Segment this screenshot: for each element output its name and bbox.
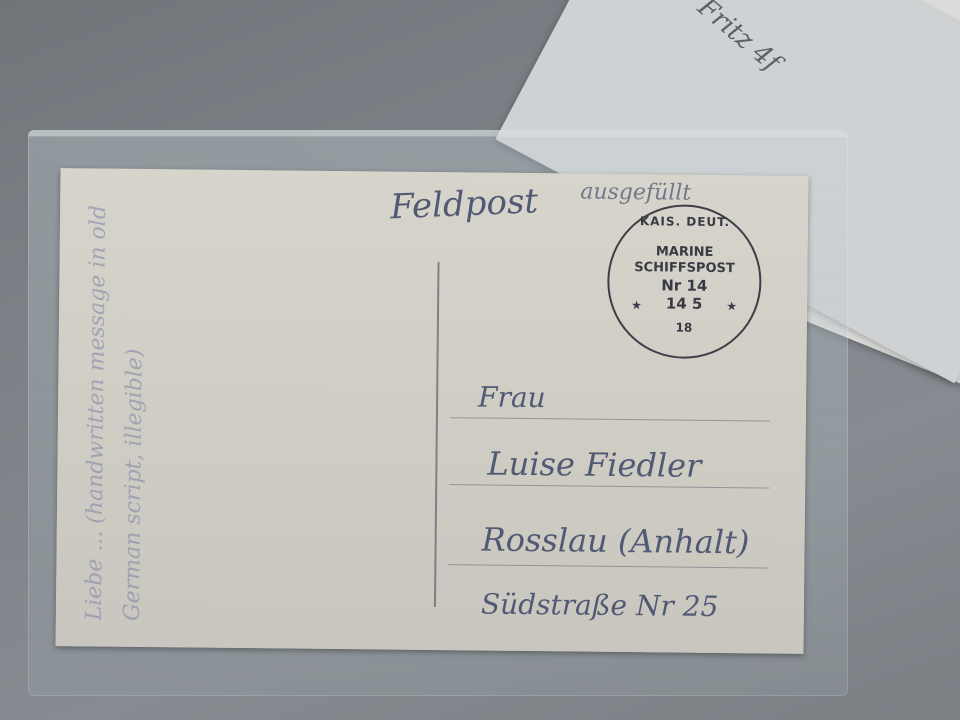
message-text: Liebe ... (handwritten message in old Ge…	[76, 180, 421, 624]
address-line	[448, 564, 768, 568]
recipient-street: Südstraße Nr 25	[481, 588, 719, 623]
star-icon: ★	[726, 299, 737, 313]
header-note: ausgefüllt	[580, 180, 691, 206]
postmark-line2: SCHIFFSPOST	[609, 260, 759, 277]
address-line	[449, 484, 769, 488]
recipient-city: Rosslau (Anhalt)	[481, 521, 749, 562]
card-divider	[434, 262, 440, 607]
postmark-stamp: KAIS. DEUT. MARINE SCHIFFSPOST Nr 14 14 …	[607, 204, 763, 360]
address-line	[450, 417, 770, 421]
postmark-year: 18	[609, 320, 759, 336]
postmark-top-arc: KAIS. DEUT.	[610, 214, 760, 230]
star-icon: ★	[631, 298, 642, 312]
postmark-line1: MARINE	[610, 244, 760, 261]
recipient-title: Frau	[478, 380, 546, 414]
postmark-line3: Nr 14	[609, 276, 759, 296]
recipient-name: Luise Fiedler	[487, 445, 701, 485]
feldpost-header: Feldpost	[389, 181, 538, 227]
postcard: Liebe ... (handwritten message in old Ge…	[56, 168, 809, 654]
